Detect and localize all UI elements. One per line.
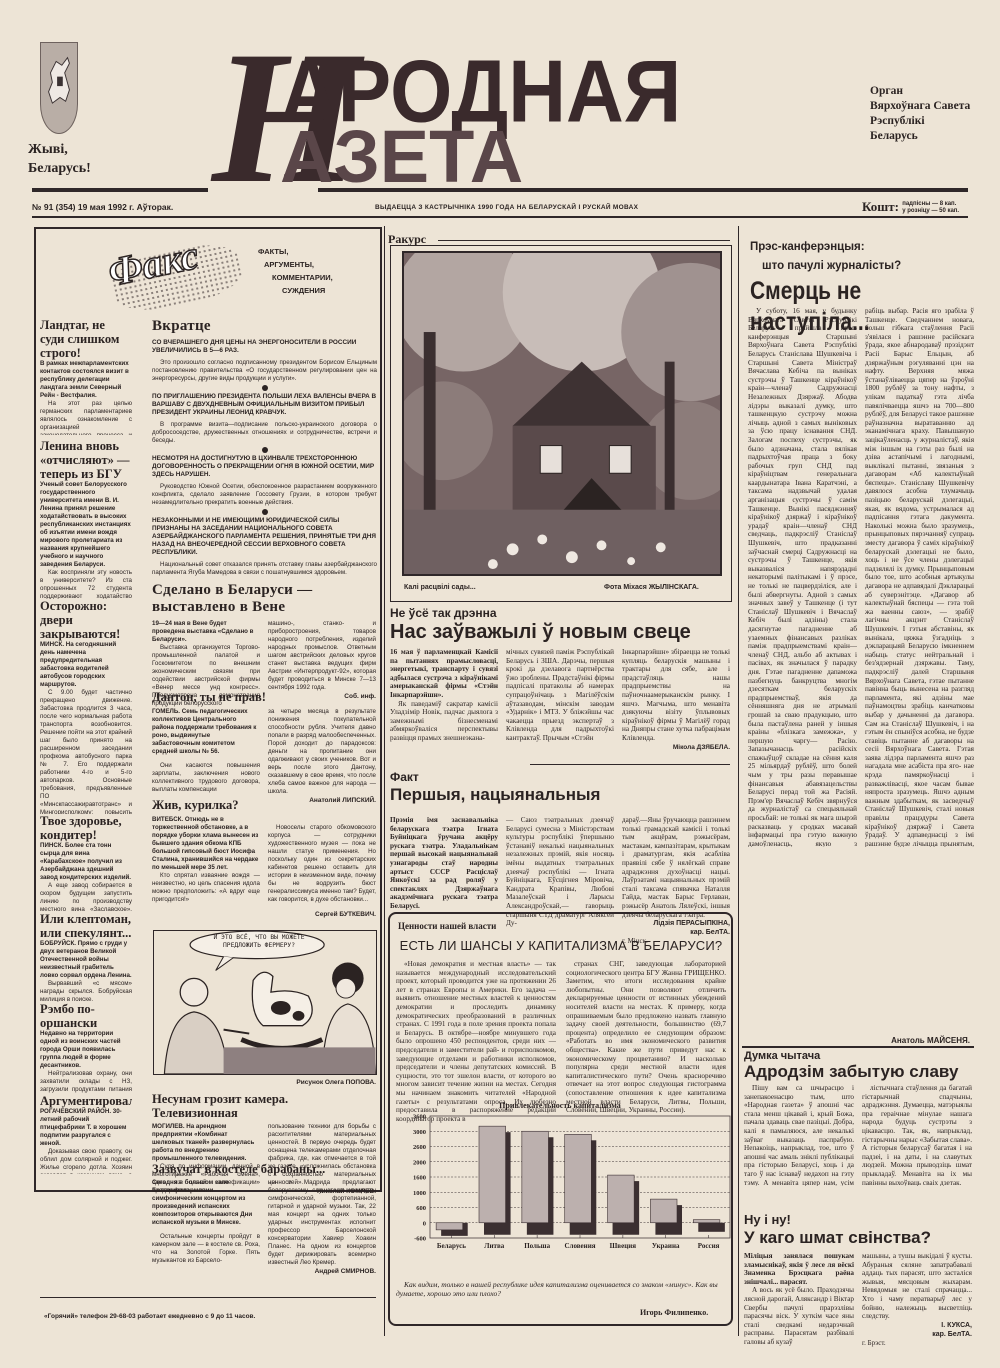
article-body: У суботу, 16 мая, у будынку Вярхоўнага С… — [748, 307, 857, 847]
organ-line: Беларусь — [870, 129, 970, 144]
article-byline: Мiкола ДЗЯБЕЛА. — [622, 743, 730, 752]
svg-text:Украина: Украина — [652, 1242, 680, 1250]
photo-caption: Калi расцвiлi сады... — [404, 584, 476, 591]
article-lead: 19—24 мая в Вене будет проведена выставк… — [152, 620, 260, 644]
divider — [742, 1046, 974, 1048]
article-body: Доказывая свою правоту, он облил дом сол… — [40, 1148, 132, 1174]
logo-title-line2: АЗЕТА — [280, 120, 523, 194]
capitalism-columns: «Новая демократия и местная власть» — та… — [396, 960, 726, 1123]
svg-text:Польша: Польша — [524, 1242, 550, 1250]
article-nas-zauvazhyli: Не ўсё так дрэнна Нас заўважылi ў новым … — [390, 606, 732, 752]
article: Твое здоровье, кондитер! ПИНСК. Более ст… — [40, 814, 132, 912]
article-byline: I. КУКСА, — [862, 1321, 972, 1330]
article-body: А вось як усё было. Праходзячы лясной да… — [744, 1286, 854, 1346]
article-title: Зазвучат в костеле барабаны... — [152, 1162, 377, 1176]
article-body: лiстычнага стаўлення да багатай гiстарыч… — [862, 1084, 972, 1186]
article-body: ны и Мадрида предлагают белорусскому слу… — [268, 1179, 376, 1267]
motto-line-2: Беларусь! — [28, 159, 91, 178]
article-title: Несунам грозит камера. Телевизионная — [152, 1092, 377, 1120]
brief-headline: НЕСМОТРЯ НА ДОСТИГНУТУЮ В ЦХИНВАЛЕ ТРЕХС… — [152, 455, 377, 479]
article-body: за четыре месяца в результате понижения … — [268, 708, 376, 796]
organ-line: Рэспублiкi — [870, 114, 970, 129]
article: Рэмбо по-оршански Недавно на территории … — [40, 1002, 132, 1094]
svg-text:Швеция: Швеция — [610, 1242, 637, 1250]
svg-text:Россия: Россия — [698, 1242, 720, 1250]
publication-since: ВЫДАЕЦЦА З КАСТРЫЧНIКА 1990 ГОДА НА БЕЛА… — [375, 204, 638, 211]
article-lead: БОБРУЙСК. Прямо с груди у двух ветеранов… — [40, 940, 132, 980]
article-title: Жив, курилка? — [152, 798, 377, 812]
article-body: Остальные концерты пройдут в камерном за… — [152, 1233, 260, 1265]
price-label: Кошт: — [862, 199, 899, 214]
article-title: Ленина вновь «отчисляют» — теперь из БГУ — [40, 439, 132, 481]
article-lead: В рамках межпарламентских контактов сост… — [40, 360, 132, 400]
article-title: Или клептоман, или спекулянт... — [40, 912, 132, 940]
cartoon-credit: Рисунок Олега ПОПОВА. — [250, 1078, 376, 1087]
header-rule — [32, 216, 968, 218]
pahonia-coat-of-arms-icon — [40, 42, 78, 134]
article-title: Ландтаг, не суди слишком строго! — [40, 318, 132, 360]
article: Осторожно: двери закрываются! МИНСК. На … — [40, 599, 132, 814]
article-dumka: Думка чытача Адродзiм забытую славу Пiшу… — [744, 1050, 976, 1186]
article-kicker: што пачулi журналiсты? — [750, 257, 978, 276]
tagline: АРГУМЕНТЫ, — [258, 258, 333, 271]
article-lead: Сегодня в большом зале Белгосфилармонии … — [152, 1179, 260, 1227]
svg-text:1600: 1600 — [413, 1175, 426, 1182]
svg-text:3600: 3600 — [413, 1114, 426, 1121]
article-title: Рэмбо по-оршански — [40, 1002, 132, 1030]
article-kostel: Зазвучат в костеле барабаны... Сегодня в… — [152, 1162, 377, 1276]
article-agency: кар. БелТА. — [862, 1330, 972, 1339]
article-kicker: Факт — [390, 770, 732, 784]
section-kicker: Ценности нашей власти — [398, 921, 496, 931]
svg-text:3000: 3000 — [413, 1129, 426, 1136]
brief-headline: ПО ПРИГЛАШЕНИЮ ПРЕЗИДЕНТА ПОЛЬШИ ЛЕХА ВА… — [152, 393, 377, 417]
article-byline: Сергей БУТКЕВИЧ. — [268, 910, 376, 919]
svg-text:Беларусь: Беларусь — [437, 1242, 466, 1250]
cartoon-illustration: И ЭТО ВСЁ, ЧТО ВЫ МОЖЕТЕ ПРЕДЛОЖИТЬ ФЕРМ… — [153, 930, 377, 1075]
article-body: Как восприняли эту новость в университет… — [40, 569, 132, 599]
motto: Жывi, Беларусь! — [28, 140, 91, 178]
article-kicker: Думка чытача — [744, 1050, 976, 1062]
divider — [40, 1297, 376, 1298]
photo-house-in-garden — [402, 251, 722, 576]
svg-text:2600: 2600 — [413, 1144, 426, 1151]
motto-line-1: Жывi, — [28, 140, 91, 159]
article-byline: Игорь Филипенко. — [640, 1308, 708, 1317]
brief-body: Это произошло согласно подписанному през… — [152, 359, 377, 383]
article-title: Сделано в Беларуси — выставлено в Вене — [152, 582, 377, 616]
article-body: А еще завод собирается в скором будущем … — [40, 882, 132, 912]
article-kicker: Ну i ну! — [744, 1212, 976, 1227]
price-subscription: падпiсны — 8 кап. — [902, 201, 956, 207]
brief-body: В программе визита—подписание польско-ук… — [152, 421, 377, 445]
article: Аргументировал... РОГАЧЕВСКИЙ РАЙОН. 30-… — [40, 1094, 132, 1174]
bar-chart-canvas: -6000600100016002000260030003600Беларусь… — [394, 1112, 734, 1262]
article-byline: Анатоль МАЙСЕНЯ. — [860, 1036, 970, 1045]
article-nu-i-nu: Ну i ну! У каго шмат свiнства? Мiлiцыя з… — [744, 1212, 976, 1347]
article-body: мiчных сувязей памiж Рэспублiкай Беларус… — [506, 648, 614, 752]
fakty-left-column: Ландтаг, не суди слишком строго! В рамка… — [40, 318, 132, 1174]
article-body: С 9.00 будет частично прекращено движени… — [40, 689, 132, 814]
svg-text:2000: 2000 — [413, 1159, 426, 1166]
article-lead: Мiлiцыя занялася пошукам зламыснiкаў, як… — [744, 1252, 854, 1286]
bullet-dot-icon — [262, 447, 268, 453]
article-body: Пiшу вам са шчырасцю i занепакоенасцю ты… — [744, 1084, 854, 1186]
article-title: Аргументировал... — [40, 1094, 132, 1108]
article-fakt-pershyya: Факт Першыя, нацыянальныя — [390, 770, 732, 806]
svg-text:600: 600 — [416, 1205, 426, 1212]
brief-headline: НЕЗАКОННЫМИ И НЕ ИМЕЮЩИМИ ЮРИДИЧЕСКОЙ СИ… — [152, 517, 377, 557]
article-body: рабiць выбар. Расiя яго зрабiла ў Ташкен… — [865, 307, 974, 847]
article-title: Нас заўважылi ў новым свеце — [390, 620, 732, 644]
article-body: На этот раз целью германских парламентар… — [40, 400, 132, 435]
article: Ландтаг, не суди слишком строго! В рамка… — [40, 318, 132, 435]
article-body: машино-, станко- и приборостроения, това… — [268, 620, 376, 692]
bullet-dot-icon — [262, 385, 268, 391]
article-kicker: Не ўсё так дрэнна — [390, 606, 732, 620]
rakurs-rule — [438, 240, 730, 241]
capitalism-headline: ЕСТЬ ЛИ ШАНСЫ У КАПИТАЛИЗМА В БЕЛАРУСИ? — [390, 938, 732, 953]
svg-text:Литва: Литва — [484, 1242, 504, 1250]
article-kurilka: Жив, курилка? ВИТЕБСК. Отнюдь не в торже… — [152, 798, 377, 919]
article-title: Дантон, ты не прав! — [152, 690, 377, 704]
article-lead: МИНСК. На сегодняшний день намечена пред… — [40, 641, 132, 689]
vkratse-section: Вкратце СО ВЧЕРАШНЕГО ДНЯ ЦЕНЫ НА ЭНЕРГО… — [152, 318, 377, 577]
column-rule — [384, 226, 385, 1336]
bullet-dot-icon — [262, 509, 268, 515]
price: Кошт: падпiсны — 8 кап.у розніцу — 50 ка… — [862, 199, 959, 215]
photo-credit: Фота Мiхася ЖЫЛIНСКАГА. — [604, 584, 699, 591]
tagline: СУЖДЕНИЯ — [258, 284, 333, 297]
section-title: Вкратце — [152, 318, 377, 335]
article-body: Кто спрятал изваяние вождя — неизвестно,… — [152, 872, 260, 904]
faks-taglines: ФАКТЫ, АРГУМЕНТЫ, КОММЕНТАРИИ, СУЖДЕНИЯ — [258, 245, 333, 297]
brief-body: Руководство Южной Осетии, обеспокоенное … — [152, 483, 377, 507]
article-title: У каго шмат свiнства? — [744, 1227, 976, 1249]
masthead-rule — [32, 188, 208, 192]
cartoon-speech-bubble: И ЭТО ВСЁ, ЧТО ВЫ МОЖЕТЕ ПРЕДЛОЖИТЬ ФЕРМ… — [194, 934, 324, 950]
article-place: г. Брэст. — [862, 1339, 972, 1347]
article-body: странах СНГ, заведующая лабораторией соц… — [566, 960, 726, 1123]
article: Ленина вновь «отчисляют» — теперь из БГУ… — [40, 439, 132, 599]
tagline: ФАКТЫ, — [258, 245, 333, 258]
organ-statement: Орган Вярхоўнага Савета Рэспублiкi Белар… — [870, 84, 970, 144]
article-lead: ГОМЕЛЬ. Семь педагогических коллективов … — [152, 708, 260, 756]
article-body: Новоселы старого обкомовского корпуса — … — [268, 824, 376, 904]
article-body: дараў.—Яны ўручаюцца рашэннем толькi гра… — [622, 816, 730, 919]
article-title: Твое здоровье, кондитер! — [40, 814, 132, 842]
article: Или клептоман, или спекулянт... БОБРУЙСК… — [40, 912, 132, 1002]
hotline-phone: «Горячий» телефон 29-68-03 работает ежед… — [44, 1313, 255, 1321]
svg-text:0: 0 — [423, 1220, 426, 1227]
article-body: «Новая демократия и местная власть» — та… — [396, 960, 556, 1123]
article-body: Як паведамiў сакратар камiсii Уладзiмiр … — [390, 700, 498, 743]
article-kicker: Прэс-канферэнцыя: — [750, 238, 978, 257]
article-title: Адродзiм забытую славу — [744, 1062, 976, 1082]
article-body: машыны, а тушы выкiдалi ў кусты. Абураны… — [862, 1252, 972, 1321]
article-body: Они касаются повышения зарплаты, заключе… — [152, 762, 260, 794]
bar-chart: -6000600100016002000260030003600Беларусь… — [394, 1112, 734, 1262]
article-lead: МОГИЛЕВ. На арендном предприятии «Комбин… — [152, 1123, 260, 1163]
presskonf-columns: У суботу, 16 мая, у будынку Вярхоўнага С… — [748, 307, 974, 847]
article-lead: РОГАЧЕВСКИЙ РАЙОН. 30-летний рабочий пти… — [40, 1108, 132, 1148]
tagline: КОММЕНТАРИИ, — [258, 271, 333, 284]
column-rule — [738, 226, 739, 1336]
article-body: Нейтрализовав охрану, они захватили скла… — [40, 1070, 132, 1094]
article-title: Першыя, нацыянальныя — [390, 784, 732, 806]
article-danton: Дантон, ты не прав! ГОМЕЛЬ. Семь педагог… — [152, 690, 377, 805]
article-lead: 16 мая ў парламенцкай Камiсii па пытання… — [390, 648, 498, 700]
divider — [530, 764, 730, 765]
issue-info: № 91 (354) 19 мая 1992 г. Аўторак. — [32, 202, 173, 212]
chart-title: Привлекательность капитализма — [390, 1101, 730, 1110]
brief-headline: СО ВЧЕРАШНЕГО ДНЯ ЦЕНЫ НА ЭНЕРГОНОСИТЕЛИ… — [152, 339, 377, 355]
article-body: Вырвавший «с мясом» награды скрылся. Боб… — [40, 980, 132, 1002]
article-title: Осторожно: двери закрываются! — [40, 599, 132, 641]
article-lead: ПИНСК. Более ста тонн сырца для вина «Ка… — [40, 842, 132, 882]
article-lead: ВИТЕБСК. Отнюдь не в торжественной обста… — [152, 816, 260, 872]
article-lead: Ученый совет Белорусского государственно… — [40, 481, 132, 569]
article-lead: Недавно на территории одной из воинских … — [40, 1030, 132, 1070]
organ-line: Орган — [870, 84, 970, 99]
svg-text:Словения: Словения — [564, 1242, 595, 1250]
article-byline: Андрей СМИРНОВ. — [268, 1267, 376, 1276]
svg-text:1000: 1000 — [413, 1190, 426, 1197]
svg-text:-600: -600 — [414, 1236, 426, 1243]
brief-body: Национальный совет отказался принять отс… — [152, 561, 377, 577]
organ-line: Вярхоўнага Савета — [870, 99, 970, 114]
price-retail: у розніцу — 50 кап. — [902, 208, 959, 214]
masthead-rule — [318, 188, 968, 192]
chart-note: Как видим, только в нашей республике иде… — [396, 1280, 728, 1298]
article-body: Iнкарпарэйшн» збiраецца не толькi купляц… — [622, 648, 730, 743]
